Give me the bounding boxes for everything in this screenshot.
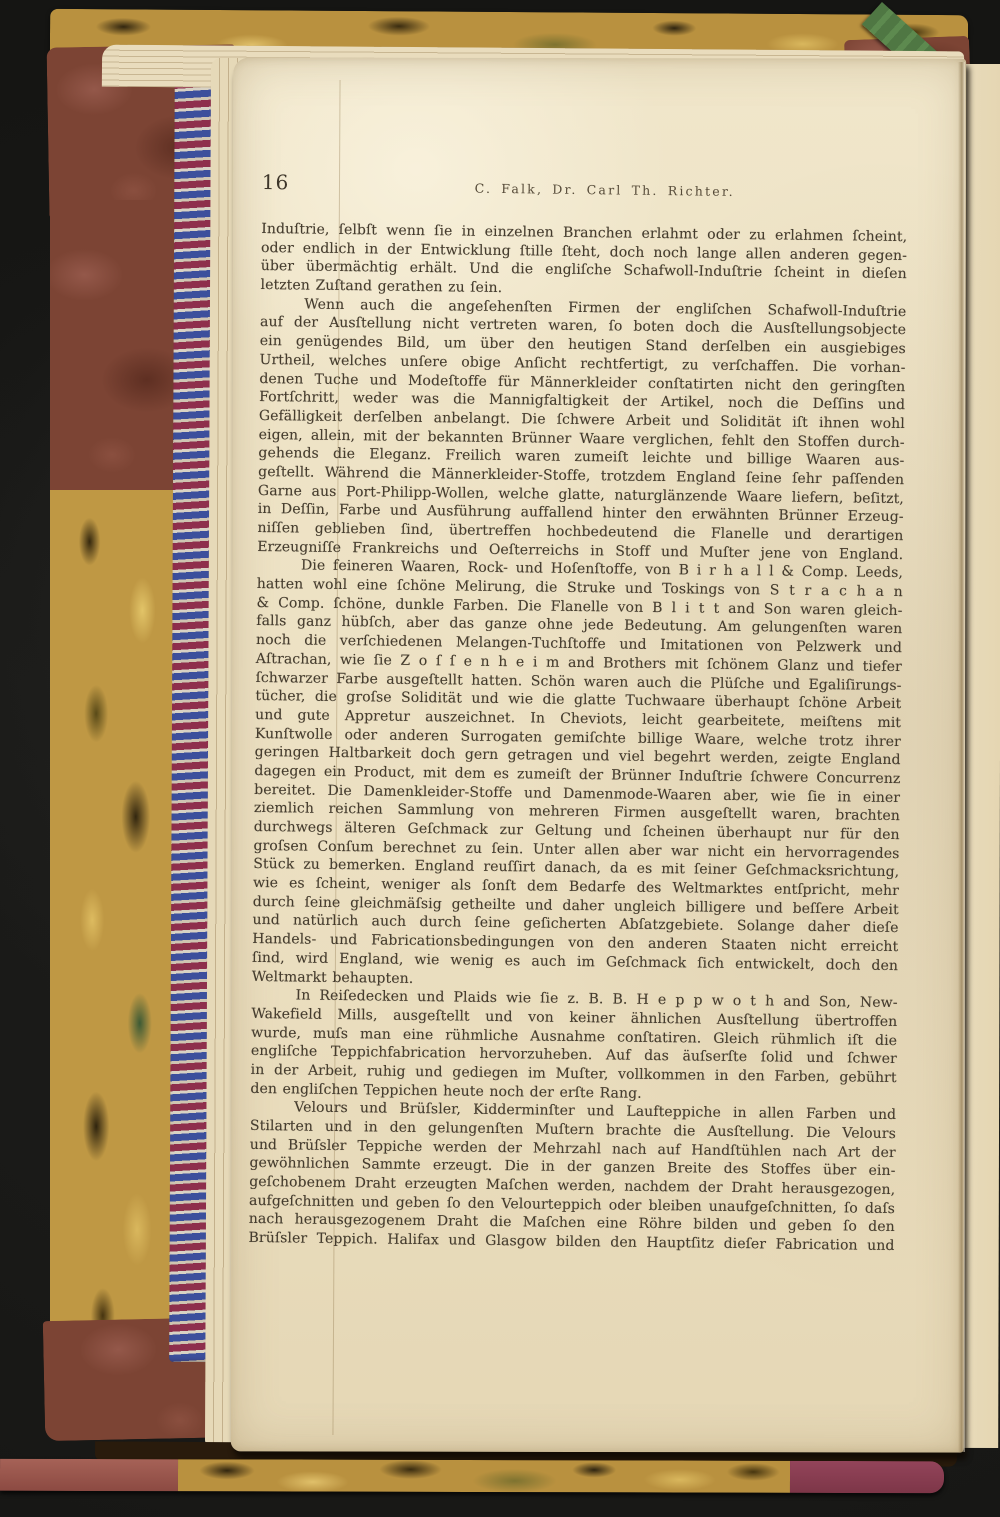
photo-background: 16 C. Falk, Dr. Carl Th. Richter. Induſt… (0, 0, 1000, 1517)
cover-left-marbled-edge (50, 490, 182, 1350)
bottom-edge-leather (0, 1459, 178, 1491)
paragraph: In Reiſedecken und Plaids wie ſie z. B. … (250, 986, 897, 1106)
bottom-edge-marble (178, 1459, 790, 1493)
bottom-edge-maroon (790, 1461, 944, 1493)
book-bottom-cover-edge (0, 1459, 944, 1493)
paragraph: Velours und Brüſsler, Kidderminſter und … (248, 1098, 896, 1256)
running-header: C. Falk, Dr. Carl Th. Richter. (302, 179, 908, 202)
paragraph: Wenn auch die angeſehenſten Firmen der e… (257, 295, 906, 565)
page-header: 16 C. Falk, Dr. Carl Th. Richter. (261, 170, 908, 228)
page-fold-line (958, 62, 965, 1452)
text-block: 16 C. Falk, Dr. Carl Th. Richter. Induſt… (248, 170, 907, 1256)
text-body: Induſtrie, ſelbſt wenn ſie in einzelnen … (248, 220, 907, 1256)
cover-left-leather (50, 200, 188, 500)
paragraph: Induſtrie, ſelbſt wenn ſie in einzelnen … (260, 220, 907, 303)
paragraph: Die feineren Waaren, Rock- und Hoſenſtof… (252, 556, 903, 994)
page-number: 16 (262, 170, 290, 194)
